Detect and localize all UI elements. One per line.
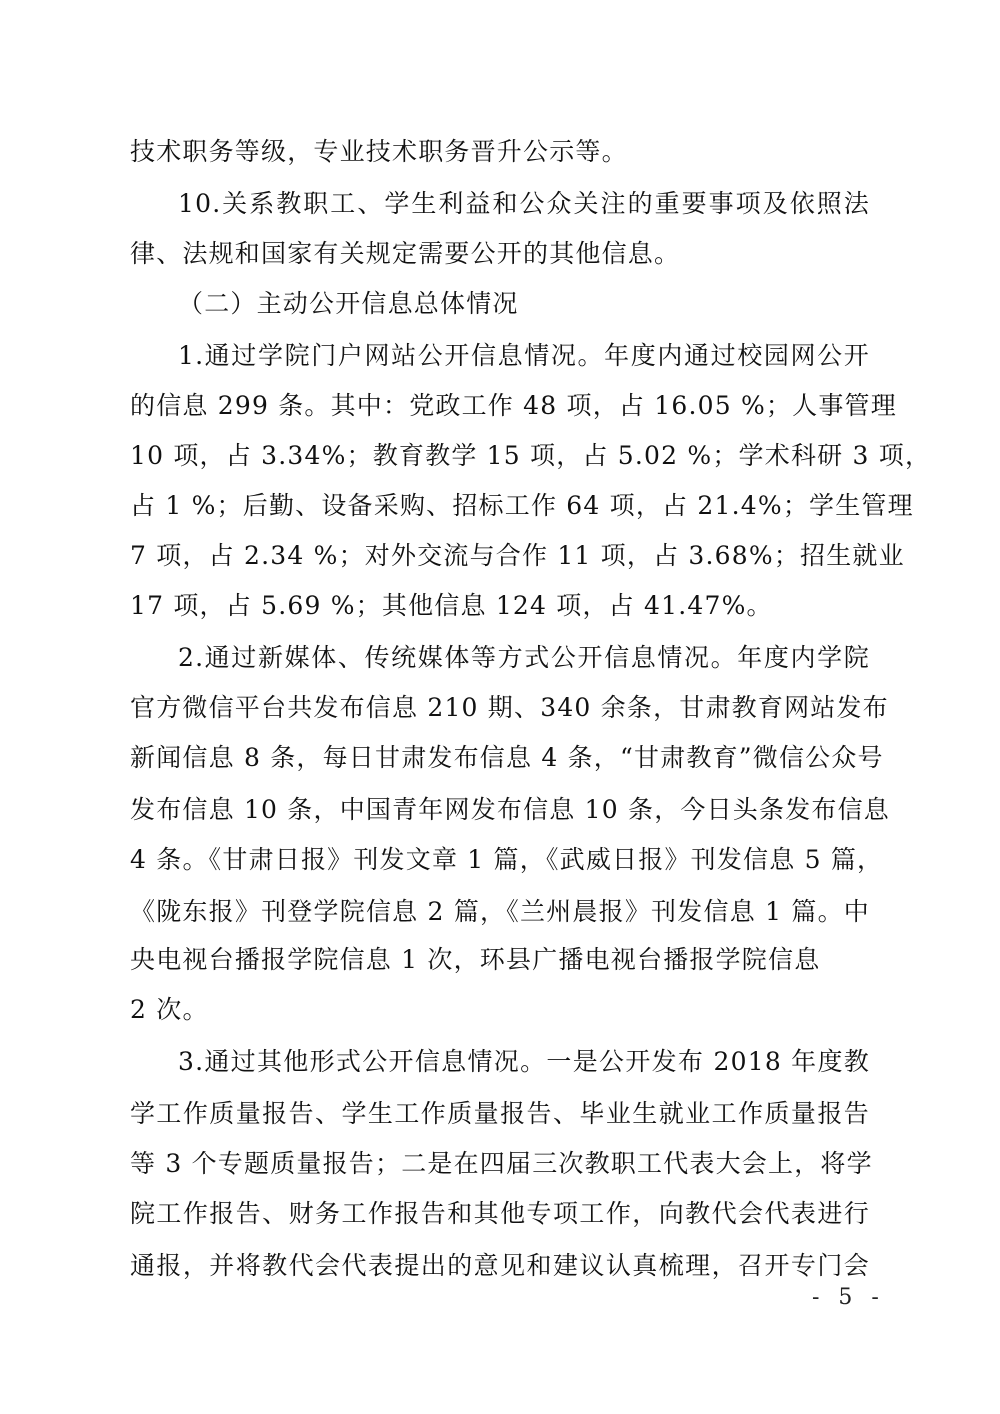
text-line: 央电视台播报学院信息 1 次，环县广播电视台播报学院信息 <box>130 944 870 976</box>
text-line: 2.通过新媒体、传统媒体等方式公开信息情况。年度内学院 <box>178 642 870 674</box>
text-line: 律、法规和国家有关规定需要公开的其他信息。 <box>130 238 870 270</box>
text-line: 17 项，占 5.69 %；其他信息 124 项，占 41.47%。 <box>130 590 870 622</box>
text-line: 院工作报告、财务工作报告和其他专项工作，向教代会代表进行 <box>130 1198 870 1230</box>
text-line: 4 条。《甘肃日报》刊发文章 1 篇，《武威日报》刊发信息 5 篇， <box>130 844 870 876</box>
text-line: 发布信息 10 条，中国青年网发布信息 10 条，今日头条发布信息 <box>130 794 870 826</box>
text-line: 1.通过学院门户网站公开信息情况。年度内通过校园网公开 <box>178 340 870 372</box>
text-line: 学工作质量报告、学生工作质量报告、毕业生就业工作质量报告 <box>130 1098 870 1130</box>
text-line: 官方微信平台共发布信息 210 期、340 余条，甘肃教育网站发布 <box>130 692 870 724</box>
text-line: 技术职务等级，专业技术职务晋升公示等。 <box>130 136 870 168</box>
document-page: 技术职务等级，专业技术职务晋升公示等。 10.关系教职工、学生利益和公众关注的重… <box>0 0 1000 1414</box>
text-line: 2 次。 <box>130 994 870 1026</box>
text-line: 的信息 299 条。其中：党政工作 48 项，占 16.05 %；人事管理 <box>130 390 870 422</box>
text-line: 等 3 个专题质量报告；二是在四届三次教职工代表大会上，将学 <box>130 1148 870 1180</box>
text-line: 通报，并将教代会代表提出的意见和建议认真梳理，召开专门会 <box>130 1250 870 1282</box>
text-line: 占 1 %；后勤、设备采购、招标工作 64 项，占 21.4%；学生管理 <box>130 490 870 522</box>
text-line: 3.通过其他形式公开信息情况。一是公开发布 2018 年度教 <box>178 1046 870 1078</box>
text-line: 10 项，占 3.34%；教育教学 15 项，占 5.02 %；学术科研 3 项… <box>130 440 870 472</box>
text-line: 10.关系教职工、学生利益和公众关注的重要事项及依照法 <box>178 188 870 220</box>
text-line: 《陇东报》刊登学院信息 2 篇，《兰州晨报》刊发信息 1 篇。中 <box>130 896 870 928</box>
section-heading: （二）主动公开信息总体情况 <box>178 288 870 320</box>
text-line: 新闻信息 8 条，每日甘肃发布信息 4 条，“甘肃教育”微信公众号 <box>130 742 870 774</box>
text-line: 7 项，占 2.34 %；对外交流与合作 11 项，占 3.68%；招生就业 <box>130 540 870 572</box>
page-number: - 5 - <box>812 1284 885 1312</box>
